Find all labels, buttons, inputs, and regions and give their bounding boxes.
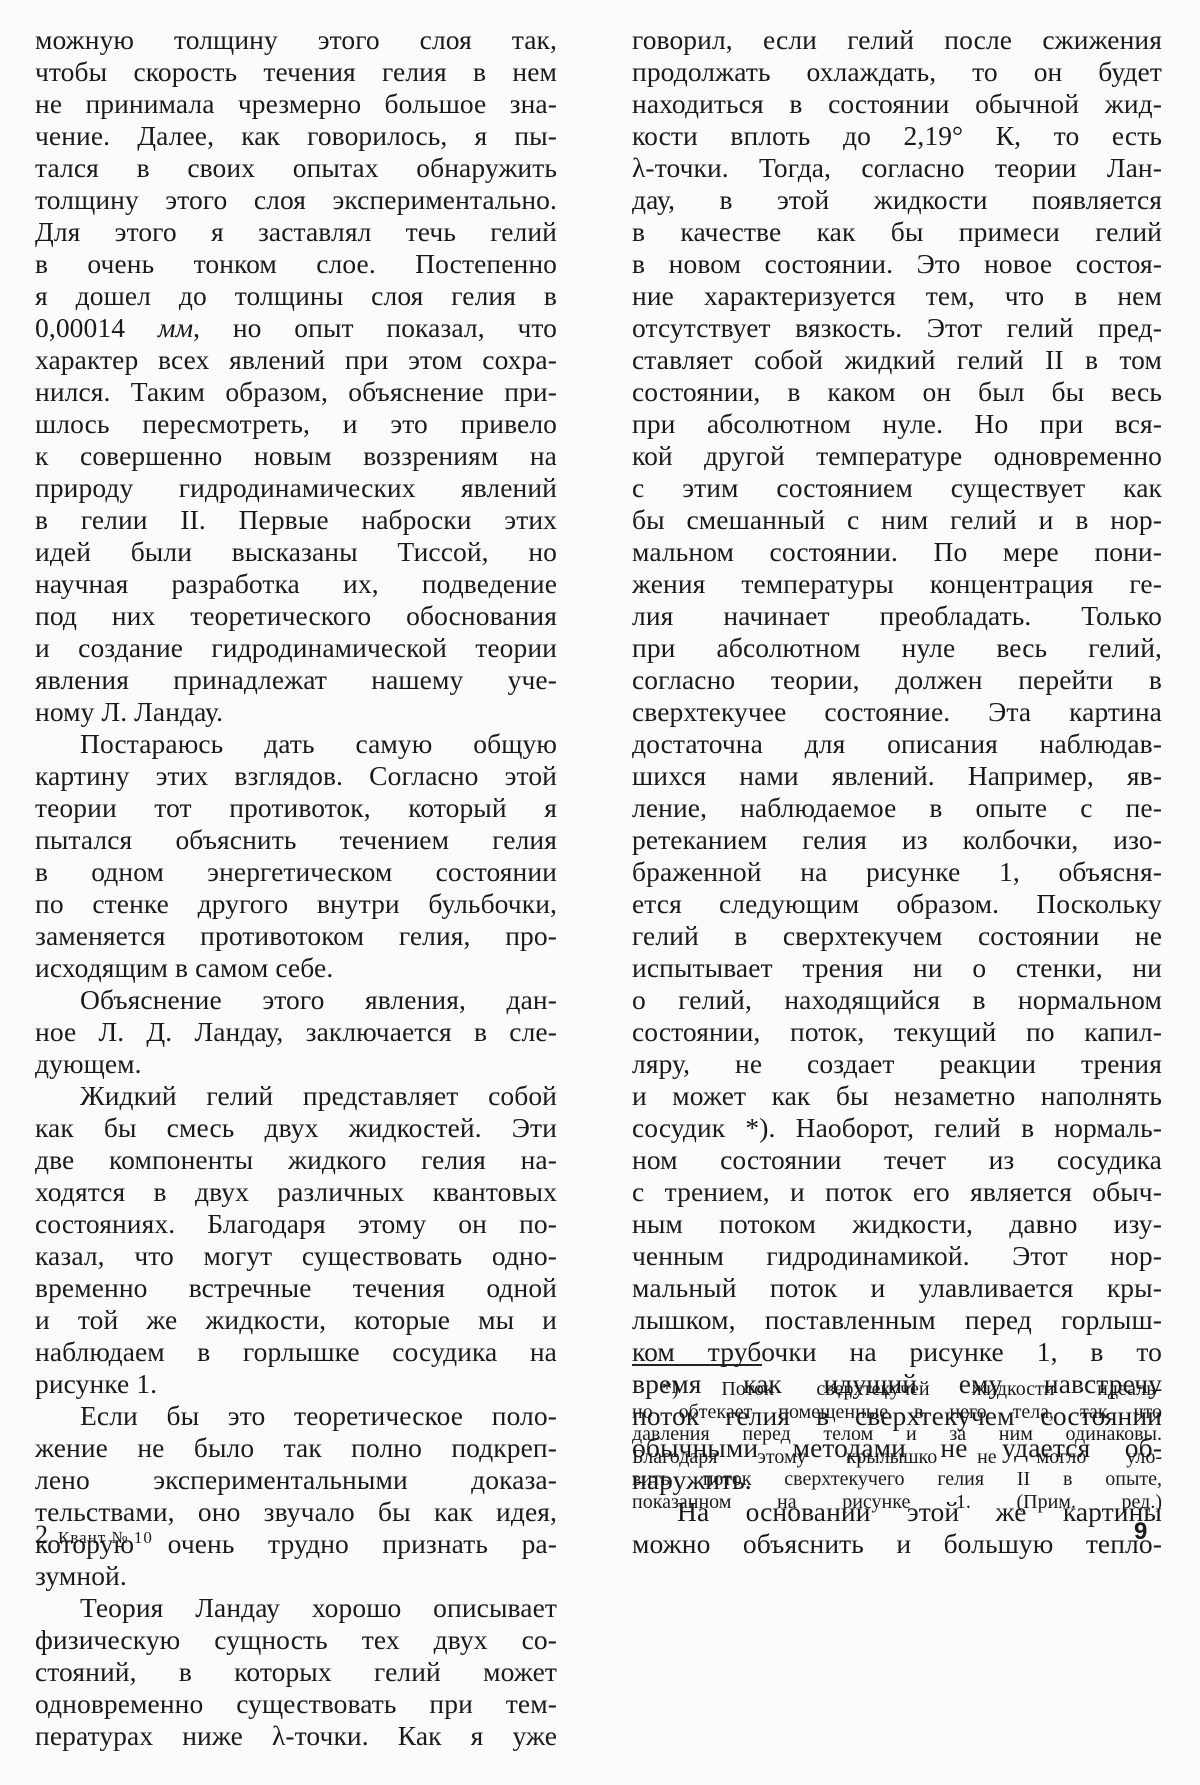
text-line: лия начинает преобладать. Только (632, 600, 1162, 632)
text-line: жения температуры концентрация ге- (632, 568, 1162, 600)
text-line: и той же жидкости, которые мы и (35, 1304, 557, 1336)
text-line: ченным гидродинамикой. Этот нор- (632, 1240, 1162, 1272)
text-line: можную толщину этого слоя так, (35, 24, 557, 56)
text-line: говорил, если гелий после сжижения (632, 24, 1162, 56)
text-line: давления перед телом и за ним одинаковы. (632, 1423, 1162, 1446)
signature-number: 2 (35, 1520, 48, 1549)
text-line: ным потоком жидкости, давно изу- (632, 1208, 1162, 1240)
text-line: состоянии, в каком он был бы весь (632, 376, 1162, 408)
text-line: теории тот противоток, который я (35, 792, 557, 824)
text-line: рисунке 1. (35, 1368, 557, 1400)
text-line: 0,00014 мм, но опыт показал, что (35, 312, 557, 344)
text-line: зумной. (35, 1560, 557, 1592)
text-line: как бы смесь двух жидкостей. Эти (35, 1112, 557, 1144)
text-line: сосудик *). Наоборот, гелий в нормаль- (632, 1112, 1162, 1144)
text-line: кой другой температуре одновременно (632, 440, 1162, 472)
text-line: характер всех явлений при этом сохра- (35, 344, 557, 376)
text-line: и может как бы незаметно наполнять (632, 1080, 1162, 1112)
text-line: идей были высказаны Тиссой, но (35, 536, 557, 568)
left-text-column: можную толщину этого слоя так,чтобы скор… (35, 24, 557, 1752)
page-footer-signature: 2Квант № 10 (35, 1520, 153, 1550)
text-line: две компоненты жидкого гелия на- (35, 1144, 557, 1176)
text-line: с этим состоянием существует как (632, 472, 1162, 504)
text-line: ется следующим образом. Поскольку (632, 888, 1162, 920)
text-line: ному Л. Ландау. (35, 696, 557, 728)
text-line: не принимала чрезмерно большое зна- (35, 88, 557, 120)
text-line: казал, что могут существовать одно- (35, 1240, 557, 1272)
text-line: о гелий, находящийся в нормальном (632, 984, 1162, 1016)
text-line: пературах ниже λ-точки. Как я уже (35, 1720, 557, 1752)
text-line: заменяется противотоком гелия, про- (35, 920, 557, 952)
text-line: лено экспериментальными доказа- (35, 1464, 557, 1496)
text-line: Жидкий гелий представляет собой (35, 1080, 557, 1112)
text-line: одновременно существовать при тем- (35, 1688, 557, 1720)
text-line: пытался объяснить течением гелия (35, 824, 557, 856)
text-line: толщину этого слоя экспериментально. (35, 184, 557, 216)
text-line: стояний, в которых гелий может (35, 1656, 557, 1688)
footnote-separator (632, 1364, 762, 1366)
text-line: в очень тонком слое. Постепенно (35, 248, 557, 280)
text-line: картину этих взглядов. Согласно этой (35, 760, 557, 792)
text-line: ставляет собой жидкий гелий II в том (632, 344, 1162, 376)
right-text-column: говорил, если гелий после сжиженияпродол… (632, 24, 1162, 1560)
text-line: дующем. (35, 1048, 557, 1080)
text-line: показанном на рисунке 1. (Прим. ред.) (632, 1491, 1162, 1514)
text-line: чение. Далее, как говорилось, я пы- (35, 120, 557, 152)
magazine-name: Квант № 10 (58, 1528, 153, 1547)
text-line: сверхтекучее состояние. Эта картина (632, 696, 1162, 728)
text-line: в новом состоянии. Это новое состоя- (632, 248, 1162, 280)
page-number: 9 (1134, 1518, 1147, 1546)
text-line: и создание гидродинамической теории (35, 632, 557, 664)
text-line: мальный поток и улавливается кры- (632, 1272, 1162, 1304)
text-line: ретеканием гелия из колбочки, изо- (632, 824, 1162, 856)
text-line: в одном энергетическом состоянии (35, 856, 557, 888)
text-line: шихся нами явлений. Например, яв- (632, 760, 1162, 792)
text-line: в качестве как бы примеси гелий (632, 216, 1162, 248)
text-line: в гелии II. Первые наброски этих (35, 504, 557, 536)
text-line: Если бы это теоретическое поло- (35, 1400, 557, 1432)
text-line: к совершенно новым воззрениям на (35, 440, 557, 472)
text-line: по стенке другого внутри бульбочки, (35, 888, 557, 920)
text-line: но обтекает помещенные в него тела, так … (632, 1401, 1162, 1424)
text-line: *) Поток сверхтекучей жидкости идеаль- (632, 1378, 1162, 1401)
text-line: вить поток сверхтекучего гелия II в опыт… (632, 1468, 1162, 1491)
text-line: находиться в состоянии обычной жид- (632, 88, 1162, 120)
text-line: Благодаря этому крылышко не могло уло- (632, 1446, 1162, 1469)
text-line: я дошел до толщины слоя гелия в (35, 280, 557, 312)
text-line: Для этого я заставлял течь гелий (35, 216, 557, 248)
text-line: ление, наблюдаемое в опыте с пе- (632, 792, 1162, 824)
text-line: тался в своих опытах обнаружить (35, 152, 557, 184)
text-line: Объяснение этого явления, дан- (35, 984, 557, 1016)
text-line: ние характеризуется тем, что в нем (632, 280, 1162, 312)
text-line: ляру, не создает реакции трения (632, 1048, 1162, 1080)
text-line: Постараюсь дать самую общую (35, 728, 557, 760)
text-line: продолжать охлаждать, то он будет (632, 56, 1162, 88)
text-line: дау, в этой жидкости появляется (632, 184, 1162, 216)
text-line: физическую сущность тех двух со- (35, 1624, 557, 1656)
footnote: *) Поток сверхтекучей жидкости идеаль-но… (632, 1378, 1162, 1513)
text-line: λ-точки. Тогда, согласно теории Лан- (632, 152, 1162, 184)
text-line: жение не было так полно подкреп- (35, 1432, 557, 1464)
text-line: ное Л. Д. Ландау, заключается в сле- (35, 1016, 557, 1048)
text-line: ходятся в двух различных квантовых (35, 1176, 557, 1208)
text-line: достаточна для описания наблюдав- (632, 728, 1162, 760)
text-line: согласно теории, должен перейти в (632, 664, 1162, 696)
text-line: отсутствует вязкость. Этот гелий пред- (632, 312, 1162, 344)
text-line: явления принадлежат нашему уче- (35, 664, 557, 696)
text-line: при абсолютном нуле. Но при вся- (632, 408, 1162, 440)
text-line: Теория Ландау хорошо описывает (35, 1592, 557, 1624)
text-line: ном состоянии течет из сосудика (632, 1144, 1162, 1176)
text-line: кости вплоть до 2,19° К, то есть (632, 120, 1162, 152)
text-line: браженной на рисунке 1, объясня- (632, 856, 1162, 888)
text-line: с трением, и поток его является обыч- (632, 1176, 1162, 1208)
text-line: шлось пересмотреть, и это привело (35, 408, 557, 440)
text-line: бы смешанный с ним гелий и в нор- (632, 504, 1162, 536)
text-line: наблюдаем в горлышке сосудика на (35, 1336, 557, 1368)
text-line: мальном состоянии. По мере пони- (632, 536, 1162, 568)
text-line: природу гидродинамических явлений (35, 472, 557, 504)
text-line: можно объяснить и большую тепло- (632, 1528, 1162, 1560)
text-line: испытывает трения ни о стенки, ни (632, 952, 1162, 984)
text-line: нился. Таким образом, объяснение при- (35, 376, 557, 408)
text-line: под них теоретического обоснования (35, 600, 557, 632)
text-line: состоянии, поток, текущий по капил- (632, 1016, 1162, 1048)
text-line: состояниях. Благодаря этому он по- (35, 1208, 557, 1240)
text-line: научная разработка их, подведение (35, 568, 557, 600)
text-line: чтобы скорость течения гелия в нем (35, 56, 557, 88)
text-line: временно встречные течения одной (35, 1272, 557, 1304)
text-line: гелий в сверхтекучем состоянии не (632, 920, 1162, 952)
text-line: при абсолютном нуле весь гелий, (632, 632, 1162, 664)
text-line: лышком, поставленным перед горлыш- (632, 1304, 1162, 1336)
text-line: исходящим в самом себе. (35, 952, 557, 984)
